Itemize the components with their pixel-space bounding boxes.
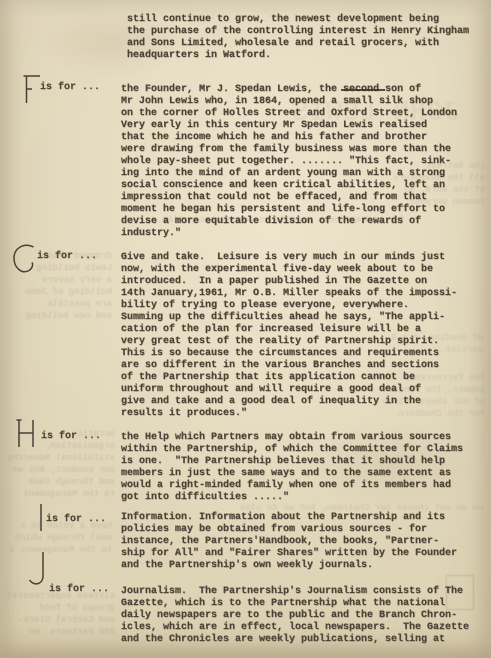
text-line: Journalism. The Partnership's Journalism… (121, 586, 469, 598)
text-line: social conscience and keen critical abil… (121, 180, 457, 192)
text-line: the Founder, Mr J. Spedan Lewis, the sec… (121, 84, 457, 96)
text-line: Give and take. Leisure is very much in o… (121, 252, 457, 264)
text-line: of the Partnership that its application … (121, 372, 457, 384)
text-line: and the Partnership's own weekly journal… (121, 560, 457, 572)
capital-letter-I (36, 501, 46, 540)
text-line: headquarters in Watford. (127, 50, 469, 62)
text-line: were drawing from the family business wa… (121, 144, 457, 156)
text-line: This is so because the circumstances and… (121, 348, 457, 360)
text-line: very great test of the reality of Partne… (121, 336, 457, 348)
document-page: JOHN LEWISthe Retreat all the adventure … (0, 0, 491, 658)
text-line: Mr John Lewis who, in 1864, opened a sma… (121, 96, 457, 108)
text-line: members in just the same ways and to the… (121, 468, 463, 480)
text-line: Gazette, which is to the Partnership wha… (121, 598, 469, 610)
text-line: the purchase of the controlling interest… (127, 26, 469, 38)
capital-letter-G (10, 241, 40, 284)
text-line: that the income which he and his father … (121, 132, 457, 144)
text-line: industry." (121, 228, 457, 240)
text-line: ship for All" and "Fairer Shares" writte… (121, 548, 457, 560)
text-line: impression that could not be effaced, an… (121, 192, 457, 204)
text-line: ing into the mind of an ardent young man… (121, 168, 457, 180)
text-line: on the corner of Holles Street and Oxfor… (121, 108, 457, 120)
is-for-label: is for ... (46, 514, 106, 525)
text-line: bility of trying to please everyone, eve… (121, 300, 457, 312)
text-line: cation of the plan for increased leisure… (121, 324, 457, 336)
text-line: policies may be obtained from various so… (121, 524, 457, 536)
text-line: now, with the experimental five-day week… (121, 264, 457, 276)
is-for-label: is for ... (37, 251, 97, 262)
text-line: still continue to grow, the newest devel… (127, 14, 469, 26)
paragraph: still continue to grow, the newest devel… (127, 14, 469, 62)
text-line: within the Partnership, of which the Com… (121, 444, 463, 456)
paragraph: the Help which Partners may obtain from … (121, 432, 463, 504)
typewritten-content: still continue to grow, the newest devel… (0, 0, 491, 658)
text-line: is one. "The Partnership believes that i… (121, 456, 463, 468)
text-line: results it produces." (121, 408, 457, 420)
text-line: Information. Information about the Partn… (121, 512, 457, 524)
is-for-label: is for ... (49, 584, 109, 595)
capital-letter-H (14, 416, 38, 457)
paragraph: Information. Information about the Partn… (121, 512, 457, 572)
text-line: uniform throughout and will require a go… (121, 384, 457, 396)
text-line: devise a more equitable division of the … (121, 216, 457, 228)
text-line: icles, which are in effect, local newspa… (121, 622, 469, 634)
text-line: are so different in the various Branches… (121, 360, 457, 372)
paragraph: Journalism. The Partnership's Journalism… (121, 586, 469, 646)
paragraph: Give and take. Leisure is very much in o… (121, 252, 457, 420)
text-line: instance, the Partners'Handbook, the boo… (121, 536, 457, 548)
text-line: Very early in this century Mr Spedan Lew… (121, 120, 457, 132)
is-for-label: is for ... (40, 82, 100, 93)
is-for-label: is for ... (41, 431, 101, 442)
text-line: got into difficulties ....." (121, 492, 463, 504)
text-line: and the Chronicles are weekly publicatio… (121, 634, 469, 646)
text-line: give and take and a good deal of inequal… (121, 396, 457, 408)
text-line: whole pay-sheet put together. ....... "T… (121, 156, 457, 168)
text-line: would a right-minded family when one of … (121, 480, 463, 492)
capital-letter-J (26, 549, 50, 596)
text-line: introduced. In a paper published in The … (121, 276, 457, 288)
text-line: daily newspapers are to the public and t… (121, 610, 469, 622)
text-line: 14th January,1961, Mr O.B. Miller speaks… (121, 288, 457, 300)
text-line: the Help which Partners may obtain from … (121, 432, 463, 444)
text-line: Summing up the difficulties ahead he say… (121, 312, 457, 324)
paragraph: the Founder, Mr J. Spedan Lewis, the sec… (121, 84, 457, 240)
text-line: moment he began his persistent and life-… (121, 204, 457, 216)
text-line: and Sons Limited, wholesale and retail g… (127, 38, 469, 50)
